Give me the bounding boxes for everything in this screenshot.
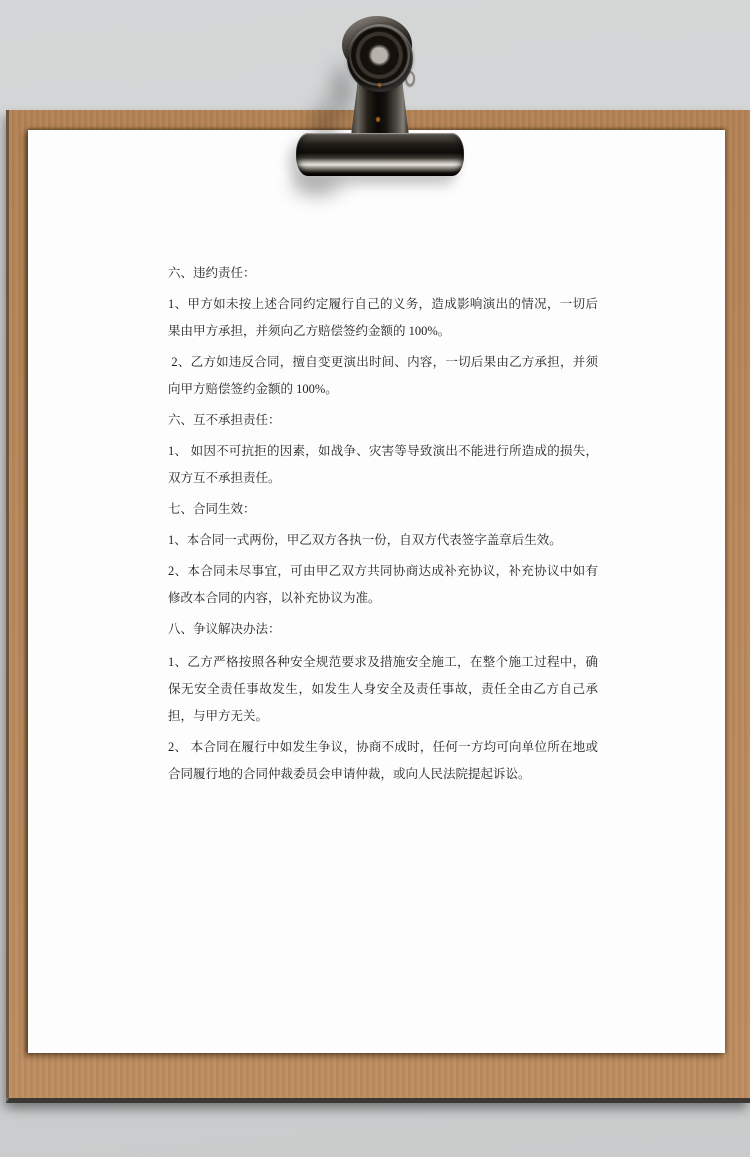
section-heading: 七、合同生效：: [168, 496, 598, 523]
contract-paragraph: 2、本合同未尽事宜，可由甲乙双方共同协商达成补充协议，补充协议中如有修改本合同的…: [168, 558, 598, 612]
section-heading: 八、争议解决办法：: [168, 616, 598, 643]
contract-paragraph: 1、乙方严格按照各种安全规范要求及措施安全施工，在整个施工过程中，确保无安全责任…: [168, 649, 598, 730]
contract-text-block: 六、违约责任：1、甲方如未按上述合同约定履行自己的义务，造成影响演出的情况，一切…: [168, 260, 598, 792]
contract-paragraph: 2、乙方如违反合同，擅自变更演出时间、内容，一切后果由乙方承担，并须向甲方赔偿签…: [168, 349, 598, 403]
clip-glint-dot: [378, 83, 381, 87]
section-heading: 六、互不承担责任：: [168, 407, 598, 434]
contract-paragraph: 1、 如因不可抗拒的因素，如战争、灾害等导致演出不能进行所造成的损失，双方互不承…: [168, 438, 598, 492]
photo-scene: 六、违约责任：1、甲方如未按上述合同约定履行自己的义务，造成影响演出的情况，一切…: [0, 0, 750, 1157]
contract-paper: 六、违约责任：1、甲方如未按上述合同约定履行自己的义务，造成影响演出的情况，一切…: [28, 130, 725, 1053]
section-heading: 六、违约责任：: [168, 260, 598, 287]
contract-paragraph: 2、 本合同在履行中如发生争议，协商不成时，任何一方均可向单位所在地或合同履行地…: [168, 734, 598, 788]
clip-ring-back-rim: [342, 16, 412, 74]
clip-hook-icon: [405, 71, 415, 86]
clip-ring-icon: [347, 24, 413, 92]
contract-paragraph: 1、甲方如未按上述合同约定履行自己的义务，造成影响演出的情况，一切后果由甲方承担…: [168, 291, 598, 345]
contract-paragraph: 1、本合同一式两份，甲乙双方各执一份，自双方代表签字盖章后生效。: [168, 527, 598, 554]
